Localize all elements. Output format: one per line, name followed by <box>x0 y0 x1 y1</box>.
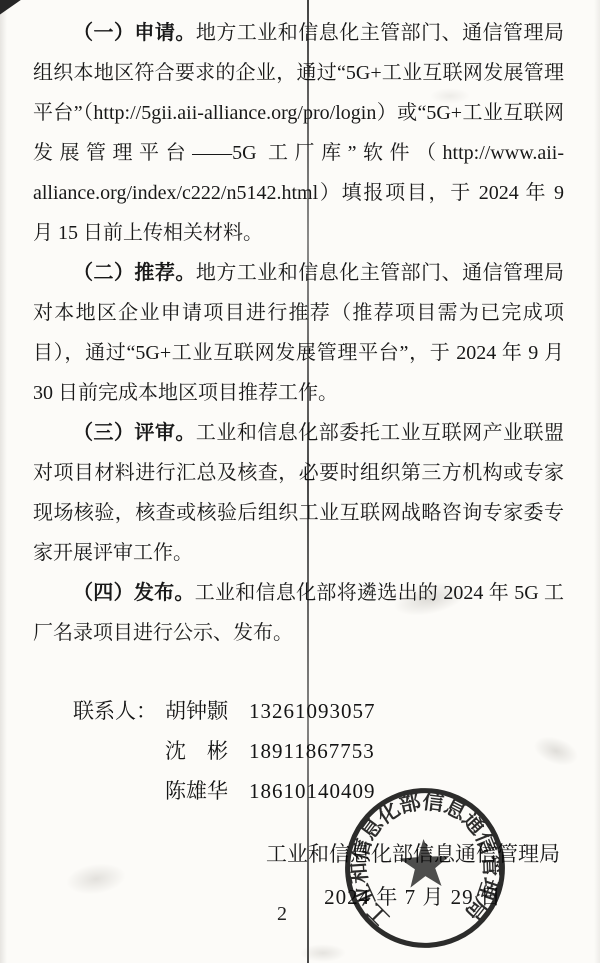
paragraph-heading: （一）申请。 <box>73 22 196 44</box>
paragraph: （四）发布。工业和信息化部将遴选出的 2024 年 5G 工厂名录项目进行公示、… <box>33 573 564 653</box>
document-body: （一）申请。地方工业和信息化主管部门、通信管理局组织本地区符合要求的企业，通过“… <box>33 13 564 811</box>
seal-star-icon <box>398 838 451 888</box>
scan-edge-shadow-right <box>594 0 600 963</box>
paragraph-heading: （三）评审。 <box>73 422 196 444</box>
paragraph-heading: （四）发布。 <box>73 582 195 604</box>
contact-name: 陈雄华 <box>165 771 235 811</box>
scan-smudge <box>64 860 128 898</box>
scan-edge-shadow-left <box>0 0 7 963</box>
contact-phone: 18911867753 <box>249 731 375 771</box>
paragraph: （一）申请。地方工业和信息化主管部门、通信管理局组织本地区符合要求的企业，通过“… <box>33 13 564 253</box>
contact-row: 沈 彬18911867753 <box>73 731 564 771</box>
contact-row: 联系人：胡钟颢13261093057 <box>73 691 564 731</box>
paragraph: （三）评审。工业和信息化部委托工业互联网产业联盟对项目材料进行汇总及核查，必要时… <box>33 413 564 573</box>
paragraph: （二）推荐。地方工业和信息化主管部门、通信管理局对本地区企业申请项目进行推荐（推… <box>33 253 564 413</box>
document-page: （一）申请。地方工业和信息化主管部门、通信管理局组织本地区符合要求的企业，通过“… <box>0 0 600 963</box>
paragraph-heading: （二）推荐。 <box>73 262 196 284</box>
contact-phone: 13261093057 <box>249 691 376 731</box>
contact-name: 沈 彬 <box>165 731 235 771</box>
paragraph-body: 地方工业和信息化主管部门、通信管理局组织本地区符合要求的企业，通过“5G+工业互… <box>33 22 564 244</box>
page-number: 2 <box>277 903 287 926</box>
official-seal: 工业和信息化部信息通信管理局 <box>337 780 514 957</box>
contact-label: 联系人： <box>73 691 165 731</box>
contact-name: 胡钟颢 <box>165 691 235 731</box>
